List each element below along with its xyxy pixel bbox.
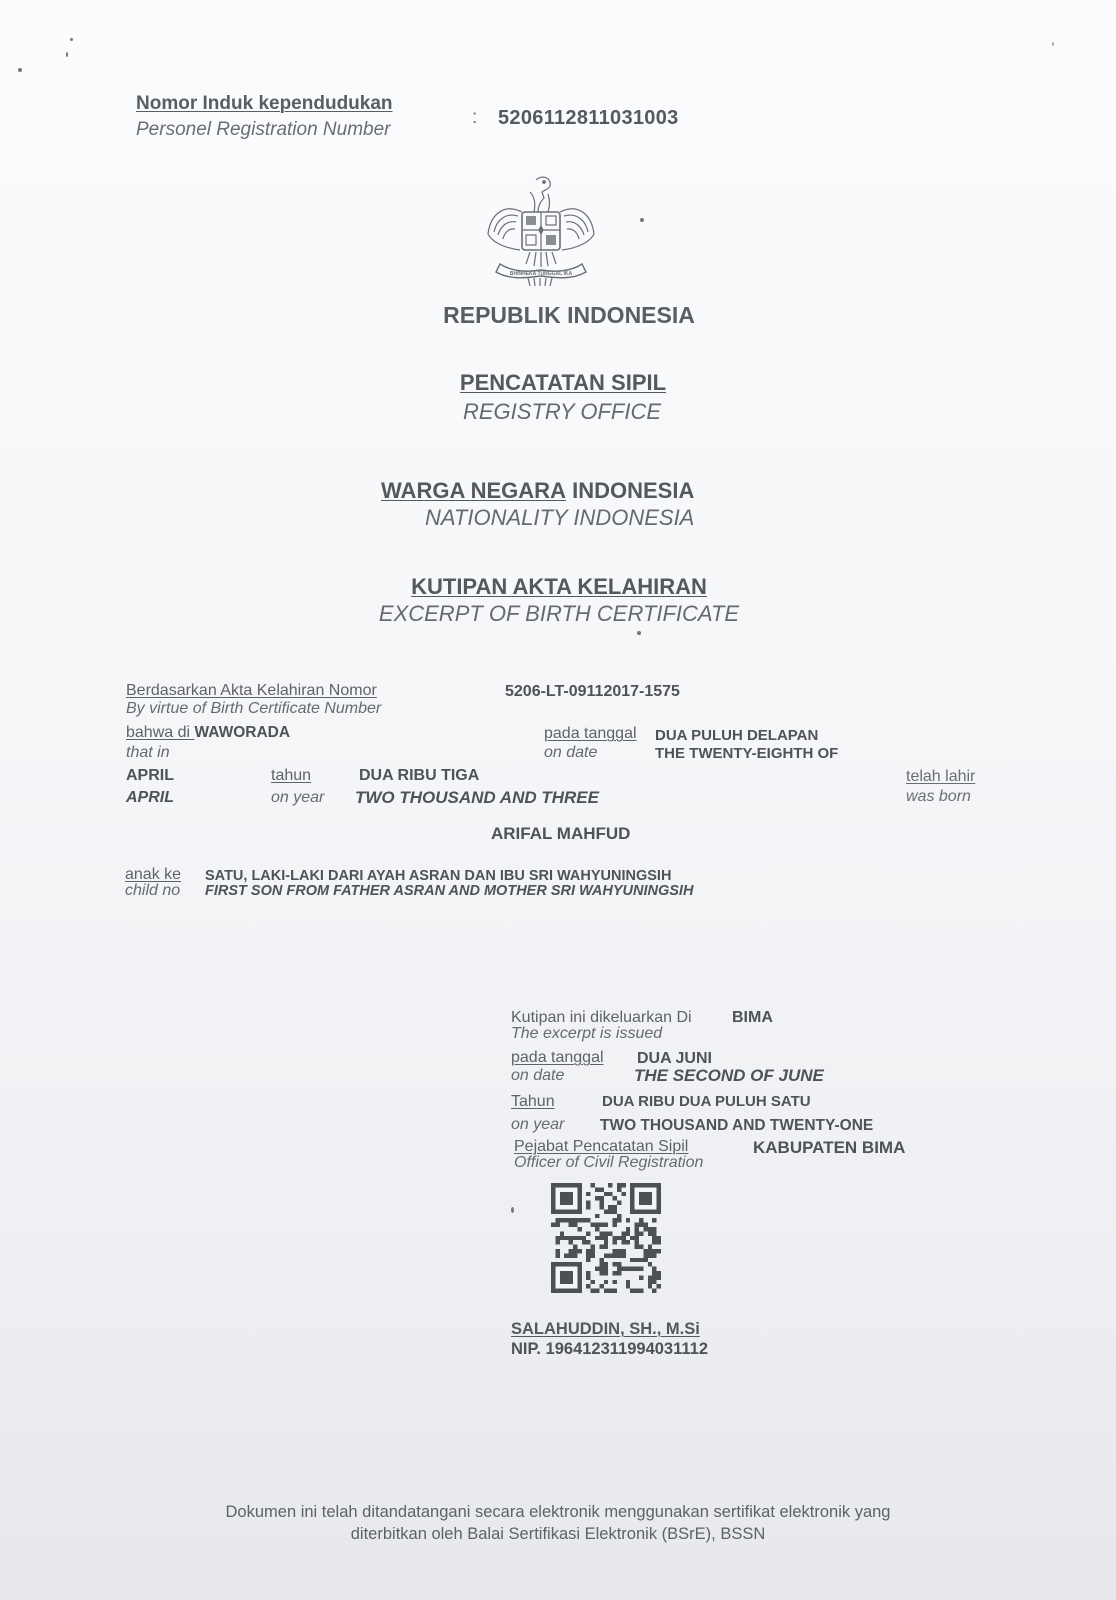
office-title-en: REGISTRY OFFICE bbox=[0, 399, 1116, 425]
birth-place-value: WAWORADA bbox=[195, 724, 291, 741]
issued-date-value-en: THE SECOND OF JUNE bbox=[634, 1066, 824, 1086]
nik-separator: : bbox=[472, 107, 477, 129]
birth-date-value-en: THE TWENTY-EIGHTH OF bbox=[655, 745, 838, 762]
nationality-en: NATIONALITY INDONESIA bbox=[425, 505, 694, 531]
birth-place-label: bahwa di bbox=[126, 724, 195, 741]
e-signature-notice: Dokumen ini telah ditandatangani secara … bbox=[0, 1501, 1116, 1545]
cert-number-label: Berdasarkan Akta Kelahiran Nomor bbox=[126, 682, 377, 700]
issued-year-value-en: TWO THOUSAND AND TWENTY-ONE bbox=[600, 1117, 873, 1135]
document-title: KUTIPAN AKTA KELAHIRAN bbox=[0, 574, 1116, 600]
birth-year-label-en: on year bbox=[271, 789, 324, 807]
office-title-text: PENCATATAN SIPIL bbox=[460, 370, 666, 395]
nik-value: 5206112811031003 bbox=[498, 107, 679, 130]
scan-speck bbox=[1052, 42, 1054, 46]
birth-month-en: APRIL bbox=[126, 789, 174, 807]
child-name: ARIFAL MAHFUD bbox=[491, 824, 630, 844]
document-title-text: KUTIPAN AKTA KELAHIRAN bbox=[411, 574, 707, 599]
issued-place: BIMA bbox=[732, 1009, 773, 1027]
nationality-line: WARGA NEGARA INDONESIA bbox=[381, 478, 694, 504]
issued-label-en: The excerpt is issued bbox=[511, 1025, 662, 1043]
birth-date-label-en: on date bbox=[544, 744, 597, 762]
birth-year-value: DUA RIBU TIGA bbox=[359, 767, 479, 785]
e-signature-notice-line2: diterbitkan oleh Balai Sertifikasi Elekt… bbox=[0, 1523, 1116, 1545]
scan-speck bbox=[66, 52, 68, 57]
officer-label-en: Officer of Civil Registration bbox=[514, 1154, 703, 1172]
cert-number-value: 5206-LT-09112017-1575 bbox=[505, 683, 680, 701]
issued-year-value: DUA RIBU DUA PULUH SATU bbox=[602, 1093, 811, 1110]
scan-speck bbox=[637, 631, 641, 635]
garuda-pancasila-emblem-icon: BHINNEKA TUNGGAL IKA bbox=[482, 172, 600, 288]
country-title: REPUBLIK INDONESIA bbox=[0, 302, 1116, 329]
birth-date-label: pada tanggal bbox=[544, 725, 637, 743]
nik-label: Nomor Induk kependudukan bbox=[136, 93, 393, 115]
issued-date-label: pada tanggal bbox=[511, 1049, 604, 1067]
signatory-name: SALAHUDDIN, SH., M.Si bbox=[511, 1320, 700, 1339]
child-order-value: SATU, LAKI-LAKI DARI AYAH ASRAN DAN IBU … bbox=[205, 868, 671, 884]
birth-year-label: tahun bbox=[271, 767, 311, 785]
issued-year-label-en: on year bbox=[511, 1116, 564, 1134]
scan-speck bbox=[70, 38, 73, 41]
signatory-nip: NIP. 196412311994031112 bbox=[511, 1340, 708, 1359]
document-title-en: EXCERPT OF BIRTH CERTIFICATE bbox=[0, 601, 1116, 627]
office-title: PENCATATAN SIPIL bbox=[0, 370, 1116, 396]
nik-label-en: Personel Registration Number bbox=[136, 119, 391, 141]
scan-speck bbox=[640, 218, 644, 222]
birth-year-value-en: TWO THOUSAND AND THREE bbox=[355, 788, 599, 808]
issued-date-label-en: on date bbox=[511, 1067, 564, 1085]
born-label-en: was born bbox=[906, 788, 971, 806]
officer-region: KABUPATEN BIMA bbox=[753, 1138, 905, 1158]
svg-text:BHINNEKA TUNGGAL IKA: BHINNEKA TUNGGAL IKA bbox=[510, 271, 573, 277]
child-order-label-en: child no bbox=[125, 882, 180, 900]
nationality-label: WARGA NEGARA bbox=[381, 478, 566, 503]
birth-month: APRIL bbox=[126, 767, 174, 785]
qr-code-icon bbox=[551, 1183, 661, 1293]
birth-date-value: DUA PULUH DELAPAN bbox=[655, 727, 818, 744]
cert-number-label-en: By virtue of Birth Certificate Number bbox=[126, 700, 381, 718]
birth-place-label-en: that in bbox=[126, 744, 170, 762]
e-signature-notice-line1: Dokumen ini telah ditandatangani secara … bbox=[0, 1501, 1116, 1523]
issued-year-label: Tahun bbox=[511, 1093, 555, 1111]
scan-speck bbox=[18, 68, 22, 72]
child-order-value-en: FIRST SON FROM FATHER ASRAN AND MOTHER S… bbox=[205, 883, 693, 899]
nationality-value: INDONESIA bbox=[572, 478, 694, 503]
scan-speck bbox=[511, 1207, 514, 1213]
birth-place-line: bahwa di WAWORADA bbox=[126, 724, 290, 742]
born-label: telah lahir bbox=[906, 768, 975, 786]
